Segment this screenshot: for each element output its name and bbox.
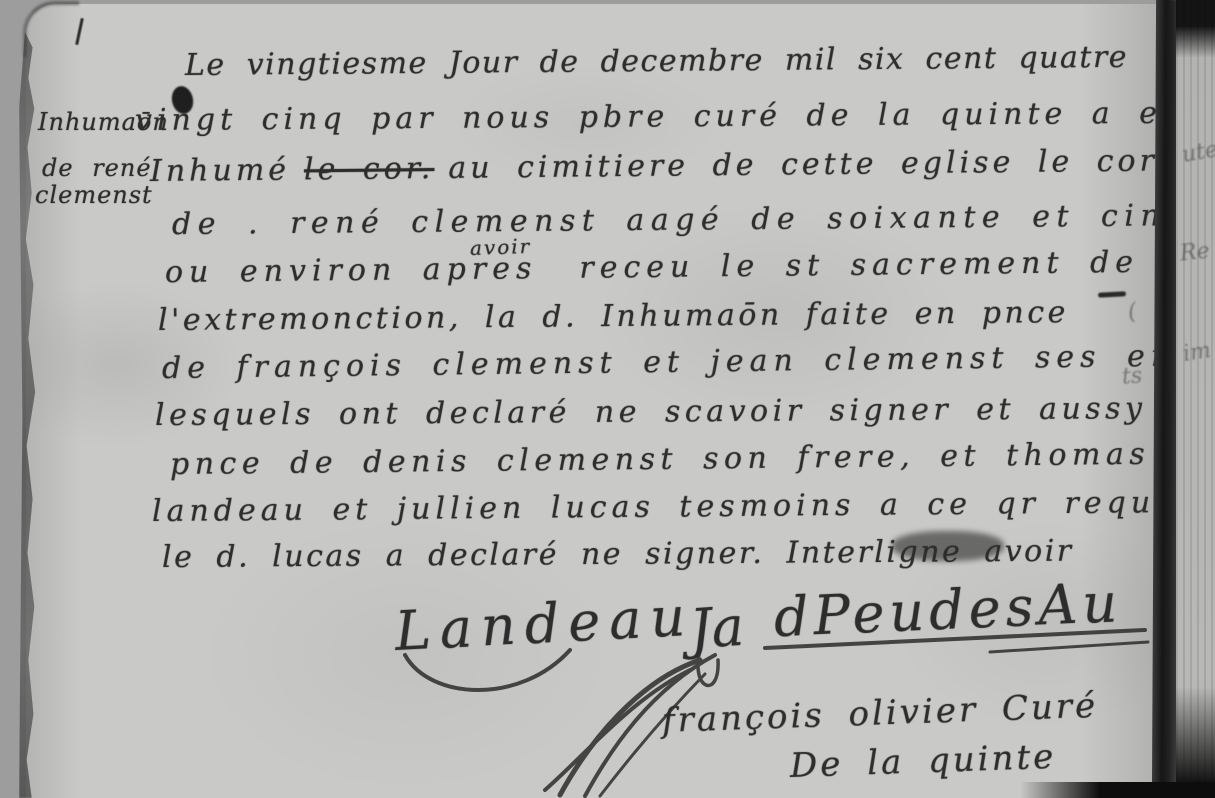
interline-insertion: avoir [470, 234, 532, 260]
manuscript-page: Inhumaōn de rené clemenst Le vingtiesme … [26, 4, 1156, 798]
text-line-8: lesquels ont declaré ne scavoir signer e… [155, 391, 1215, 433]
margin-note-line-3: clemenst [35, 181, 153, 209]
text-line-10: landeau et jullien lucas tesmoins a ce q… [152, 484, 1215, 529]
witness-signature: Landeau [393, 584, 695, 663]
text-line-2: vingt cinq par nous pbre curé de la quin… [135, 95, 1215, 138]
struck-text: le cor. [304, 151, 435, 187]
text-line-5: ou environ apresreceu le st sacrement de… [165, 244, 1201, 290]
text-line-6: l'extremonction, la d. Inhumaōn faite en… [158, 295, 1069, 338]
text-line-1: Le vingtiesme Jour de decembre mil six c… [185, 40, 1128, 83]
bottom-shadow [1020, 782, 1215, 798]
text-line-3: Inhuméle cor.au cimitiere de cette eglis… [150, 143, 1201, 189]
page-corner [23, 1, 79, 57]
text-line-4: de . rené clemenst aagé de soixante et c… [172, 197, 1215, 242]
priest-signature: françois olivier Curé [661, 686, 1099, 741]
text-line-3-end: au cimitiere de cette eglise le corps [448, 143, 1201, 186]
adjacent-page-edge: ute Re im [1176, 0, 1215, 798]
signature-initials: Ja [688, 594, 746, 661]
text-line-5-end: receu le st sacrement de — [579, 244, 1201, 286]
text-line-7: de françois clemenst et jean clemenst se… [162, 337, 1215, 386]
edge-fragment: ( [1126, 300, 1138, 326]
margin-note-line-2: de rené [42, 154, 152, 182]
signature-scrawl: dPeudesAu [773, 571, 1124, 649]
priest-signature-place: De la quinte [789, 737, 1057, 786]
text-line-3-start: Inhumé [150, 153, 290, 189]
torn-page-edge [19, 32, 36, 798]
edge-fragment: ts [1121, 363, 1143, 389]
text-line-9: pnce de denis clemenst son frere, et tho… [170, 436, 1211, 482]
text-line-11: le d. lucas a declaré ne signer. Interli… [162, 534, 1074, 575]
stray-dash [1098, 291, 1126, 297]
edge-fragment: im [1181, 338, 1212, 367]
edge-fragment: Re [1179, 239, 1211, 267]
edge-fragment: ute [1180, 137, 1215, 168]
manuscript-scan: Inhumaōn de rené clemenst Le vingtiesme … [0, 0, 1215, 798]
